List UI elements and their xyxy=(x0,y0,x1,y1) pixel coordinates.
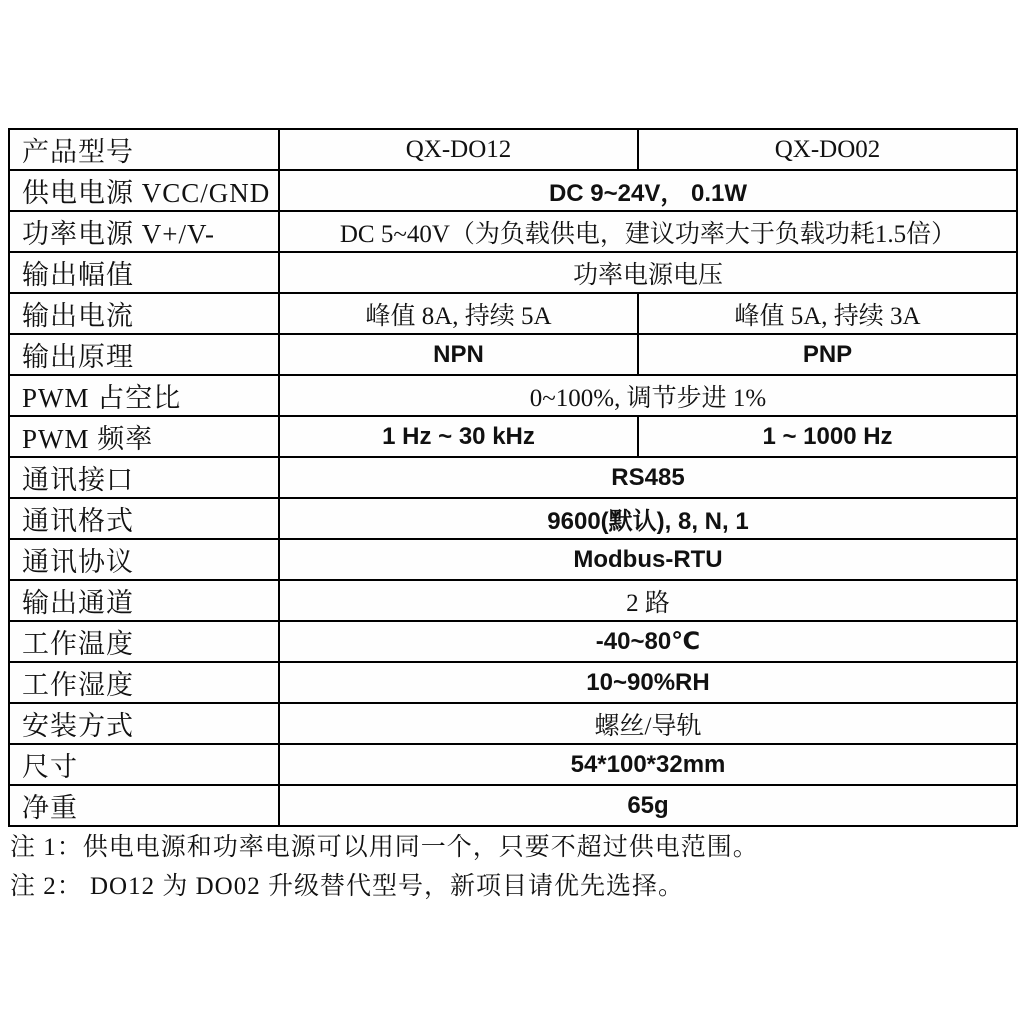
spec-label: 通讯接口 xyxy=(9,457,279,498)
spec-value: 螺丝/导轨 xyxy=(279,703,1017,744)
spec-value-do02: 1 ~ 1000 Hz xyxy=(638,416,1017,457)
spec-value: -40~80℃ xyxy=(279,621,1017,662)
row-comm-interface: 通讯接口 RS485 xyxy=(9,457,1017,498)
note-2: 注 2： DO12 为 DO02 升级替代型号，新项目请优先选择。 xyxy=(10,867,1010,906)
row-output-channels: 输出通道 2 路 xyxy=(9,580,1017,621)
spec-value-do12: 1 Hz ~ 30 kHz xyxy=(279,416,638,457)
spec-label: 尺寸 xyxy=(9,744,279,785)
spec-label: 工作温度 xyxy=(9,621,279,662)
row-net-weight: 净重 65g xyxy=(9,785,1017,826)
spec-value-do02: PNP xyxy=(638,334,1017,375)
spec-value: 功率电源电压 xyxy=(279,252,1017,293)
spec-label: 输出原理 xyxy=(9,334,279,375)
product-spec-table: 产品型号 QX-DO12 QX-DO02 供电电源 VCC/GND DC 9~2… xyxy=(8,128,1018,827)
spec-label: 安装方式 xyxy=(9,703,279,744)
spec-label: PWM 占空比 xyxy=(9,375,279,416)
row-pwm-duty-cycle: PWM 占空比 0~100%, 调节步进 1% xyxy=(9,375,1017,416)
row-working-temperature: 工作温度 -40~80℃ xyxy=(9,621,1017,662)
row-working-humidity: 工作湿度 10~90%RH xyxy=(9,662,1017,703)
row-mounting-method: 安装方式 螺丝/导轨 xyxy=(9,703,1017,744)
spec-label: 输出电流 xyxy=(9,293,279,334)
spec-label: 输出幅值 xyxy=(9,252,279,293)
row-output-current: 输出电流 峰值 8A, 持续 5A 峰值 5A, 持续 3A xyxy=(9,293,1017,334)
row-comm-format: 通讯格式 9600(默认), 8, N, 1 xyxy=(9,498,1017,539)
spec-value-do12: 峰值 8A, 持续 5A xyxy=(279,293,638,334)
row-product-model: 产品型号 QX-DO12 QX-DO02 xyxy=(9,129,1017,170)
row-load-power: 功率电源 V+/V- DC 5~40V（为负载供电，建议功率大于负载功耗1.5倍… xyxy=(9,211,1017,252)
spec-value-do02: QX-DO02 xyxy=(638,129,1017,170)
row-comm-protocol: 通讯协议 Modbus-RTU xyxy=(9,539,1017,580)
spec-label: 供电电源 VCC/GND xyxy=(9,170,279,211)
spec-label: PWM 频率 xyxy=(9,416,279,457)
spec-value-do12: NPN xyxy=(279,334,638,375)
spec-value: RS485 xyxy=(279,457,1017,498)
row-pwm-frequency: PWM 频率 1 Hz ~ 30 kHz 1 ~ 1000 Hz xyxy=(9,416,1017,457)
spec-label: 净重 xyxy=(9,785,279,826)
spec-value: 0~100%, 调节步进 1% xyxy=(279,375,1017,416)
row-dimensions: 尺寸 54*100*32mm xyxy=(9,744,1017,785)
spec-value: DC 5~40V（为负载供电，建议功率大于负载功耗1.5倍） xyxy=(279,211,1017,252)
spec-label: 通讯格式 xyxy=(9,498,279,539)
row-supply-power: 供电电源 VCC/GND DC 9~24V， 0.1W xyxy=(9,170,1017,211)
footnotes: 注 1：供电电源和功率电源可以用同一个，只要不超过供电范围。 注 2： DO12… xyxy=(10,828,1010,906)
spec-value: DC 9~24V， 0.1W xyxy=(279,170,1017,211)
spec-value: Modbus-RTU xyxy=(279,539,1017,580)
spec-label: 通讯协议 xyxy=(9,539,279,580)
spec-label: 功率电源 V+/V- xyxy=(9,211,279,252)
spec-value: 2 路 xyxy=(279,580,1017,621)
spec-value: 65g xyxy=(279,785,1017,826)
row-output-principle: 输出原理 NPN PNP xyxy=(9,334,1017,375)
spec-value-do12: QX-DO12 xyxy=(279,129,638,170)
spec-label: 工作湿度 xyxy=(9,662,279,703)
spec-value-do02: 峰值 5A, 持续 3A xyxy=(638,293,1017,334)
spec-label: 产品型号 xyxy=(9,129,279,170)
spec-value: 9600(默认), 8, N, 1 xyxy=(279,498,1017,539)
row-output-amplitude: 输出幅值 功率电源电压 xyxy=(9,252,1017,293)
spec-value: 54*100*32mm xyxy=(279,744,1017,785)
note-1: 注 1：供电电源和功率电源可以用同一个，只要不超过供电范围。 xyxy=(10,828,1010,867)
spec-value: 10~90%RH xyxy=(279,662,1017,703)
spec-label: 输出通道 xyxy=(9,580,279,621)
